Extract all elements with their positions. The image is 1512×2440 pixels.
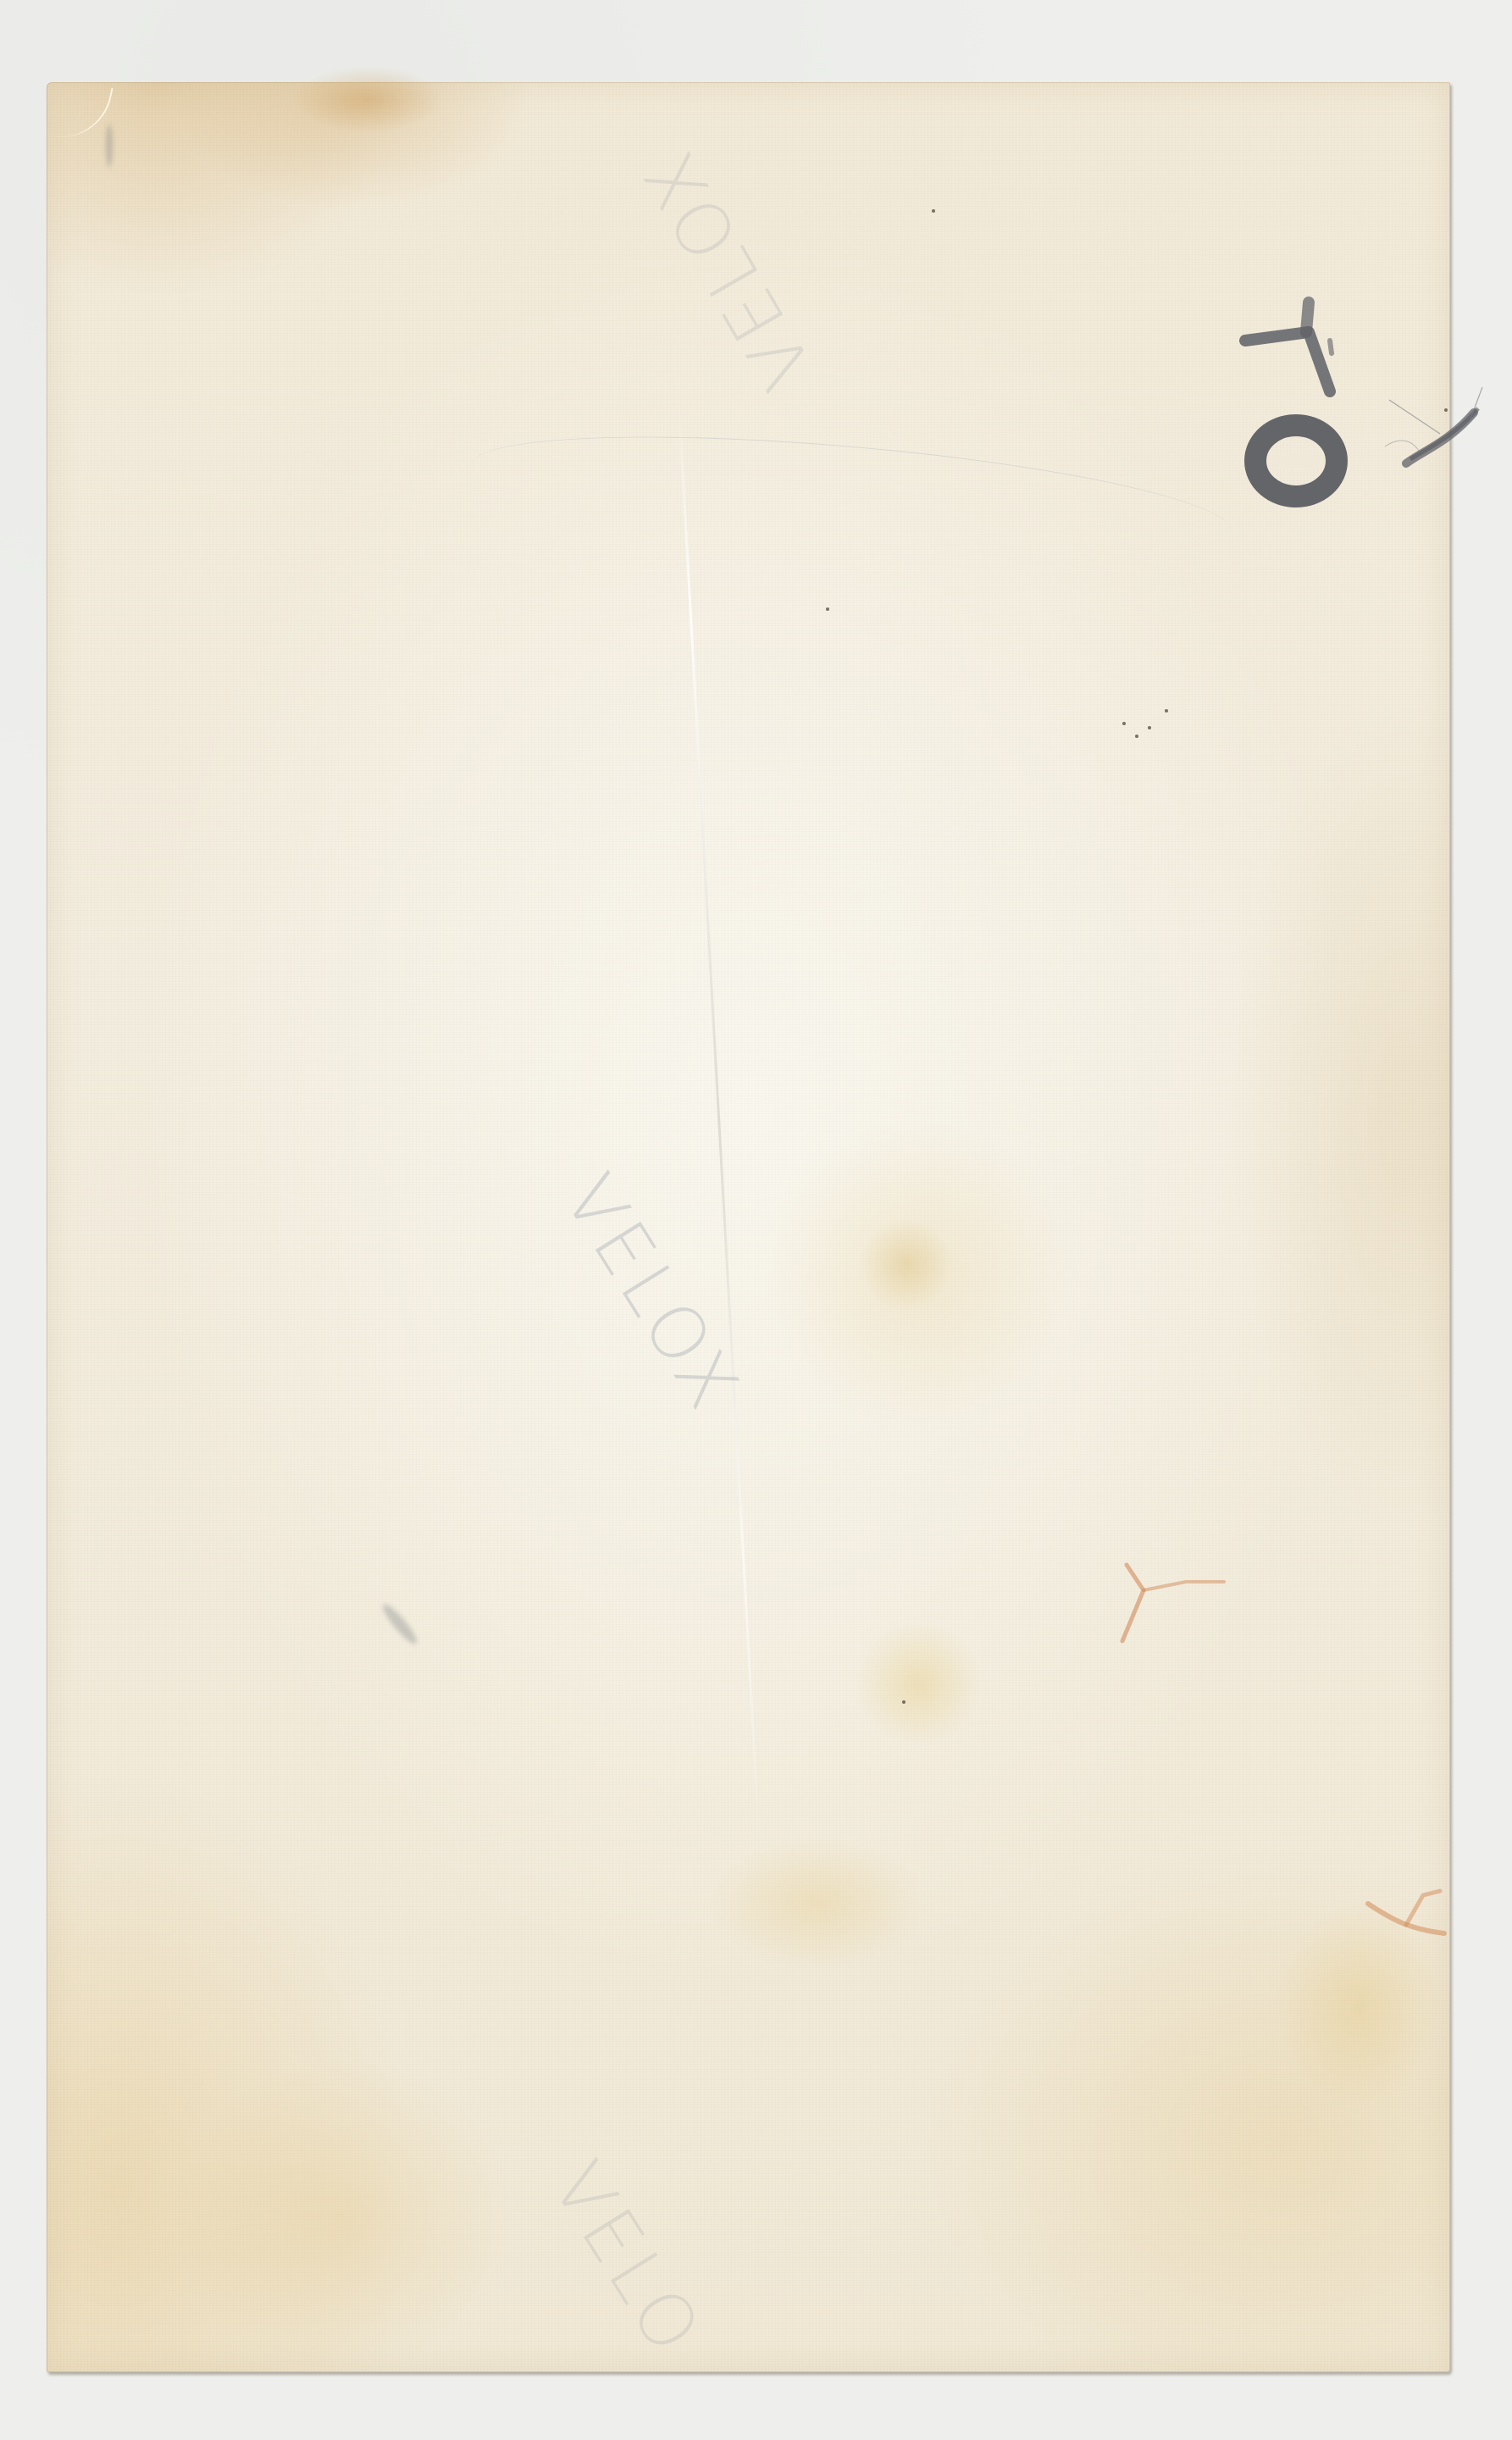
velox-watermark-top: VELOX [626,134,830,403]
stain-lower-center [851,1624,987,1743]
dust-speck [1122,722,1126,725]
stain-lower-left [707,1836,928,1971]
pencil-smudge-left [379,1601,420,1648]
stain-bottom-left [174,2056,512,2378]
velox-watermark-bottom: VELO [534,2148,718,2372]
dust-fiber [1381,383,1491,476]
dust-speck [902,1700,906,1704]
corner-crack [49,77,113,146]
water-stain-top [292,65,445,133]
dust-speck [826,607,829,611]
pencil-number-04 [1228,294,1372,514]
velox-watermark-middle: VELOX [546,1160,757,1427]
paper-crease [678,404,761,1843]
dust-speck [1148,726,1151,729]
dust-speck [932,209,935,213]
rust-mark-middle-right [1105,1556,1232,1650]
dust-speck [1135,735,1138,738]
dust-speck [1444,408,1448,412]
photo-card-back: VELOX VELOX VELO [47,82,1450,2372]
rust-mark-right-edge [1360,1887,1453,1946]
dust-speck [1165,709,1168,713]
pencil-smudge-top-left [106,125,113,167]
stain-center [860,1217,953,1311]
paper-scratch [467,413,1235,582]
